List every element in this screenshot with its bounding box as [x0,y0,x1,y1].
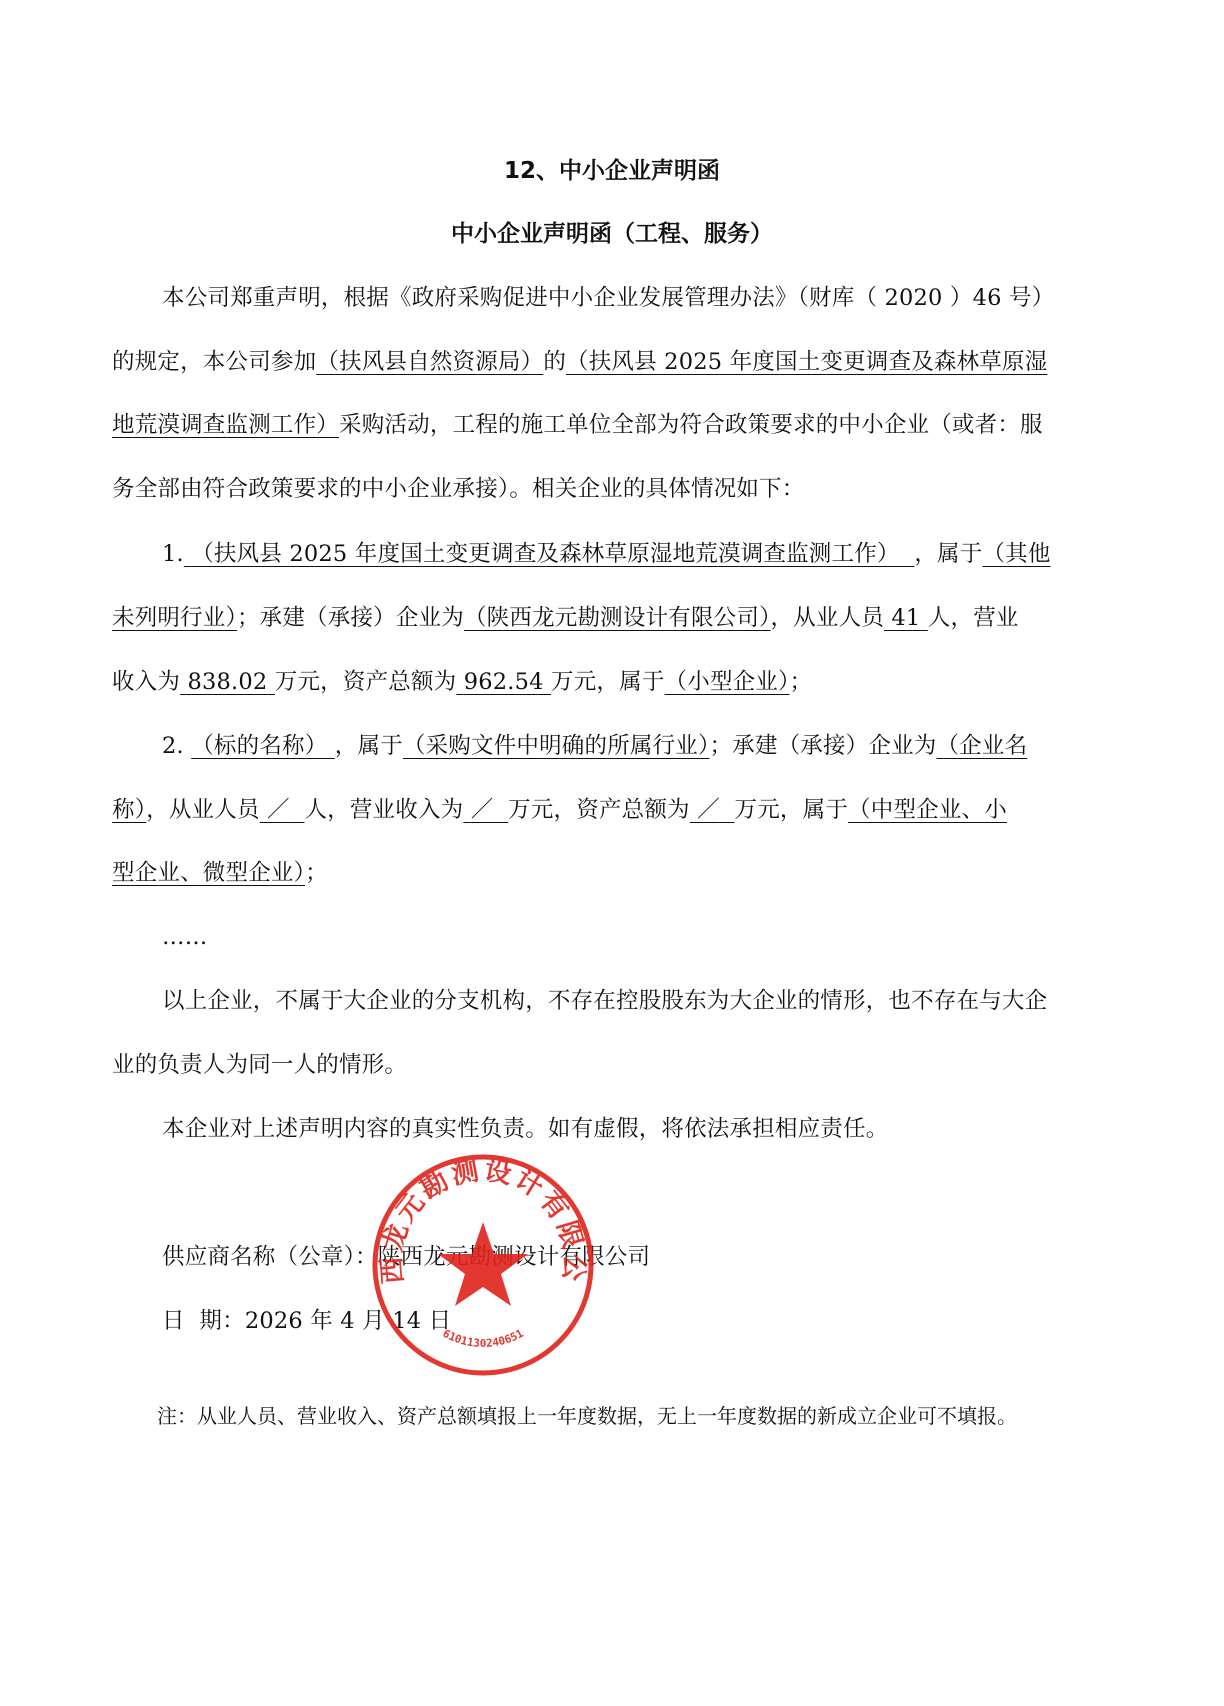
item-2-line-1: 2. （标的名称） ，属于（采购文件中明确的所属行业）；承建（承接）企业为（企业… [162,731,1112,761]
item-2-subject: （标的名称） [191,733,335,759]
ellipsis: …… [162,922,1112,952]
supplier-signature-line: 供应商名称（公章）：陕西龙元勘测设计有限公司 [162,1242,1112,1272]
date-line: 日 期：2026 年 4 月 14 日 [162,1306,1112,1336]
item-2-scale: （中型企业、小 [848,797,1007,823]
project-name: （扶风县 2025 年度国土变更调查及森林草原湿 [566,349,1047,375]
item-1-contractor: （陕西龙元勘测设计有限公司） [464,605,771,631]
project-name-cont: 地荒漠调查监测工作） [112,412,339,438]
responsibility-statement: 本企业对上述声明内容的真实性负责。如有虚假，将依法承担相应责任。 [162,1114,1112,1144]
form-title: 中小企业声明函（工程、服务） [0,219,1224,249]
item-1-scale: （小型企业） [665,669,790,695]
item-2-assets: ／ [690,797,735,823]
intro-line-1: 本公司郑重声明，根据《政府采购促进中小企业发展管理办法》（财库（ 2020 ）4… [162,283,1112,313]
item-2-line-2: 称），从业人员 ／ 人，营业收入为 ／ 万元，资产总额为 ／ 万元，属于（中型企… [112,795,1112,825]
item-1-line-3: 收入为 838.02 万元，资产总额为 962.54 万元，属于（小型企业）； [112,667,1112,697]
item-2-line-3: 型企业、微型企业）； [112,858,1112,888]
supplier-label: 供应商名称（公章）： [162,1244,378,1270]
item-1-revenue: 838.02 [180,669,275,695]
item-2-industry: （采购文件中明确的所属行业） [403,733,710,759]
item-1-assets: 962.54 [456,669,551,695]
date-value: 2026 年 4 月 14 日 [245,1308,451,1334]
purchaser-name: （扶风县自然资源局） [316,349,543,375]
document-page: 12、中小企业声明函 中小企业声明函（工程、服务） 本公司郑重声明，根据《政府采… [0,0,1224,1706]
declaration-line-2: 业的负责人为同一人的情形。 [112,1050,1112,1080]
supplier-name: 陕西龙元勘测设计有限公司 [378,1244,650,1270]
item-2-revenue: ／ [463,797,508,823]
date-label: 日 期： [162,1308,245,1334]
intro-line-4: 务全部由符合政策要求的中小企业承接）。相关企业的具体情况如下： [112,474,1112,504]
footnote: 注：从业人员、营业收入、资产总额填报上一年度数据，无上一年度数据的新成立企业可不… [157,1402,1017,1430]
intro-line-2: 的规定，本公司参加（扶风县自然资源局）的（扶风县 2025 年度国土变更调查及森… [112,347,1112,377]
item-2-employees: ／ [260,797,305,823]
section-heading: 12、中小企业声明函 [0,156,1224,186]
item-1-line-1: 1. （扶风县 2025 年度国土变更调查及森林草原湿地荒漠调查监测工作） ，属… [162,539,1112,569]
declaration-line-1: 以上企业，不属于大企业的分支机构，不存在控股股东为大企业的情形，也不存在与大企 [162,986,1112,1016]
item-1-subject: （扶风县 2025 年度国土变更调查及森林草原湿地荒漠调查监测工作） [184,541,914,567]
item-1-industry: （其他 [982,541,1050,567]
item-1-employees: 41 [884,605,928,631]
item-1-line-2: 未列明行业）；承建（承接）企业为（陕西龙元勘测设计有限公司），从业人员 41 人… [112,603,1112,633]
item-2-contractor: （企业名 [936,733,1027,759]
intro-line-3: 地荒漠调查监测工作）采购活动，工程的施工单位全部为符合政策要求的中小企业（或者：… [112,410,1112,440]
